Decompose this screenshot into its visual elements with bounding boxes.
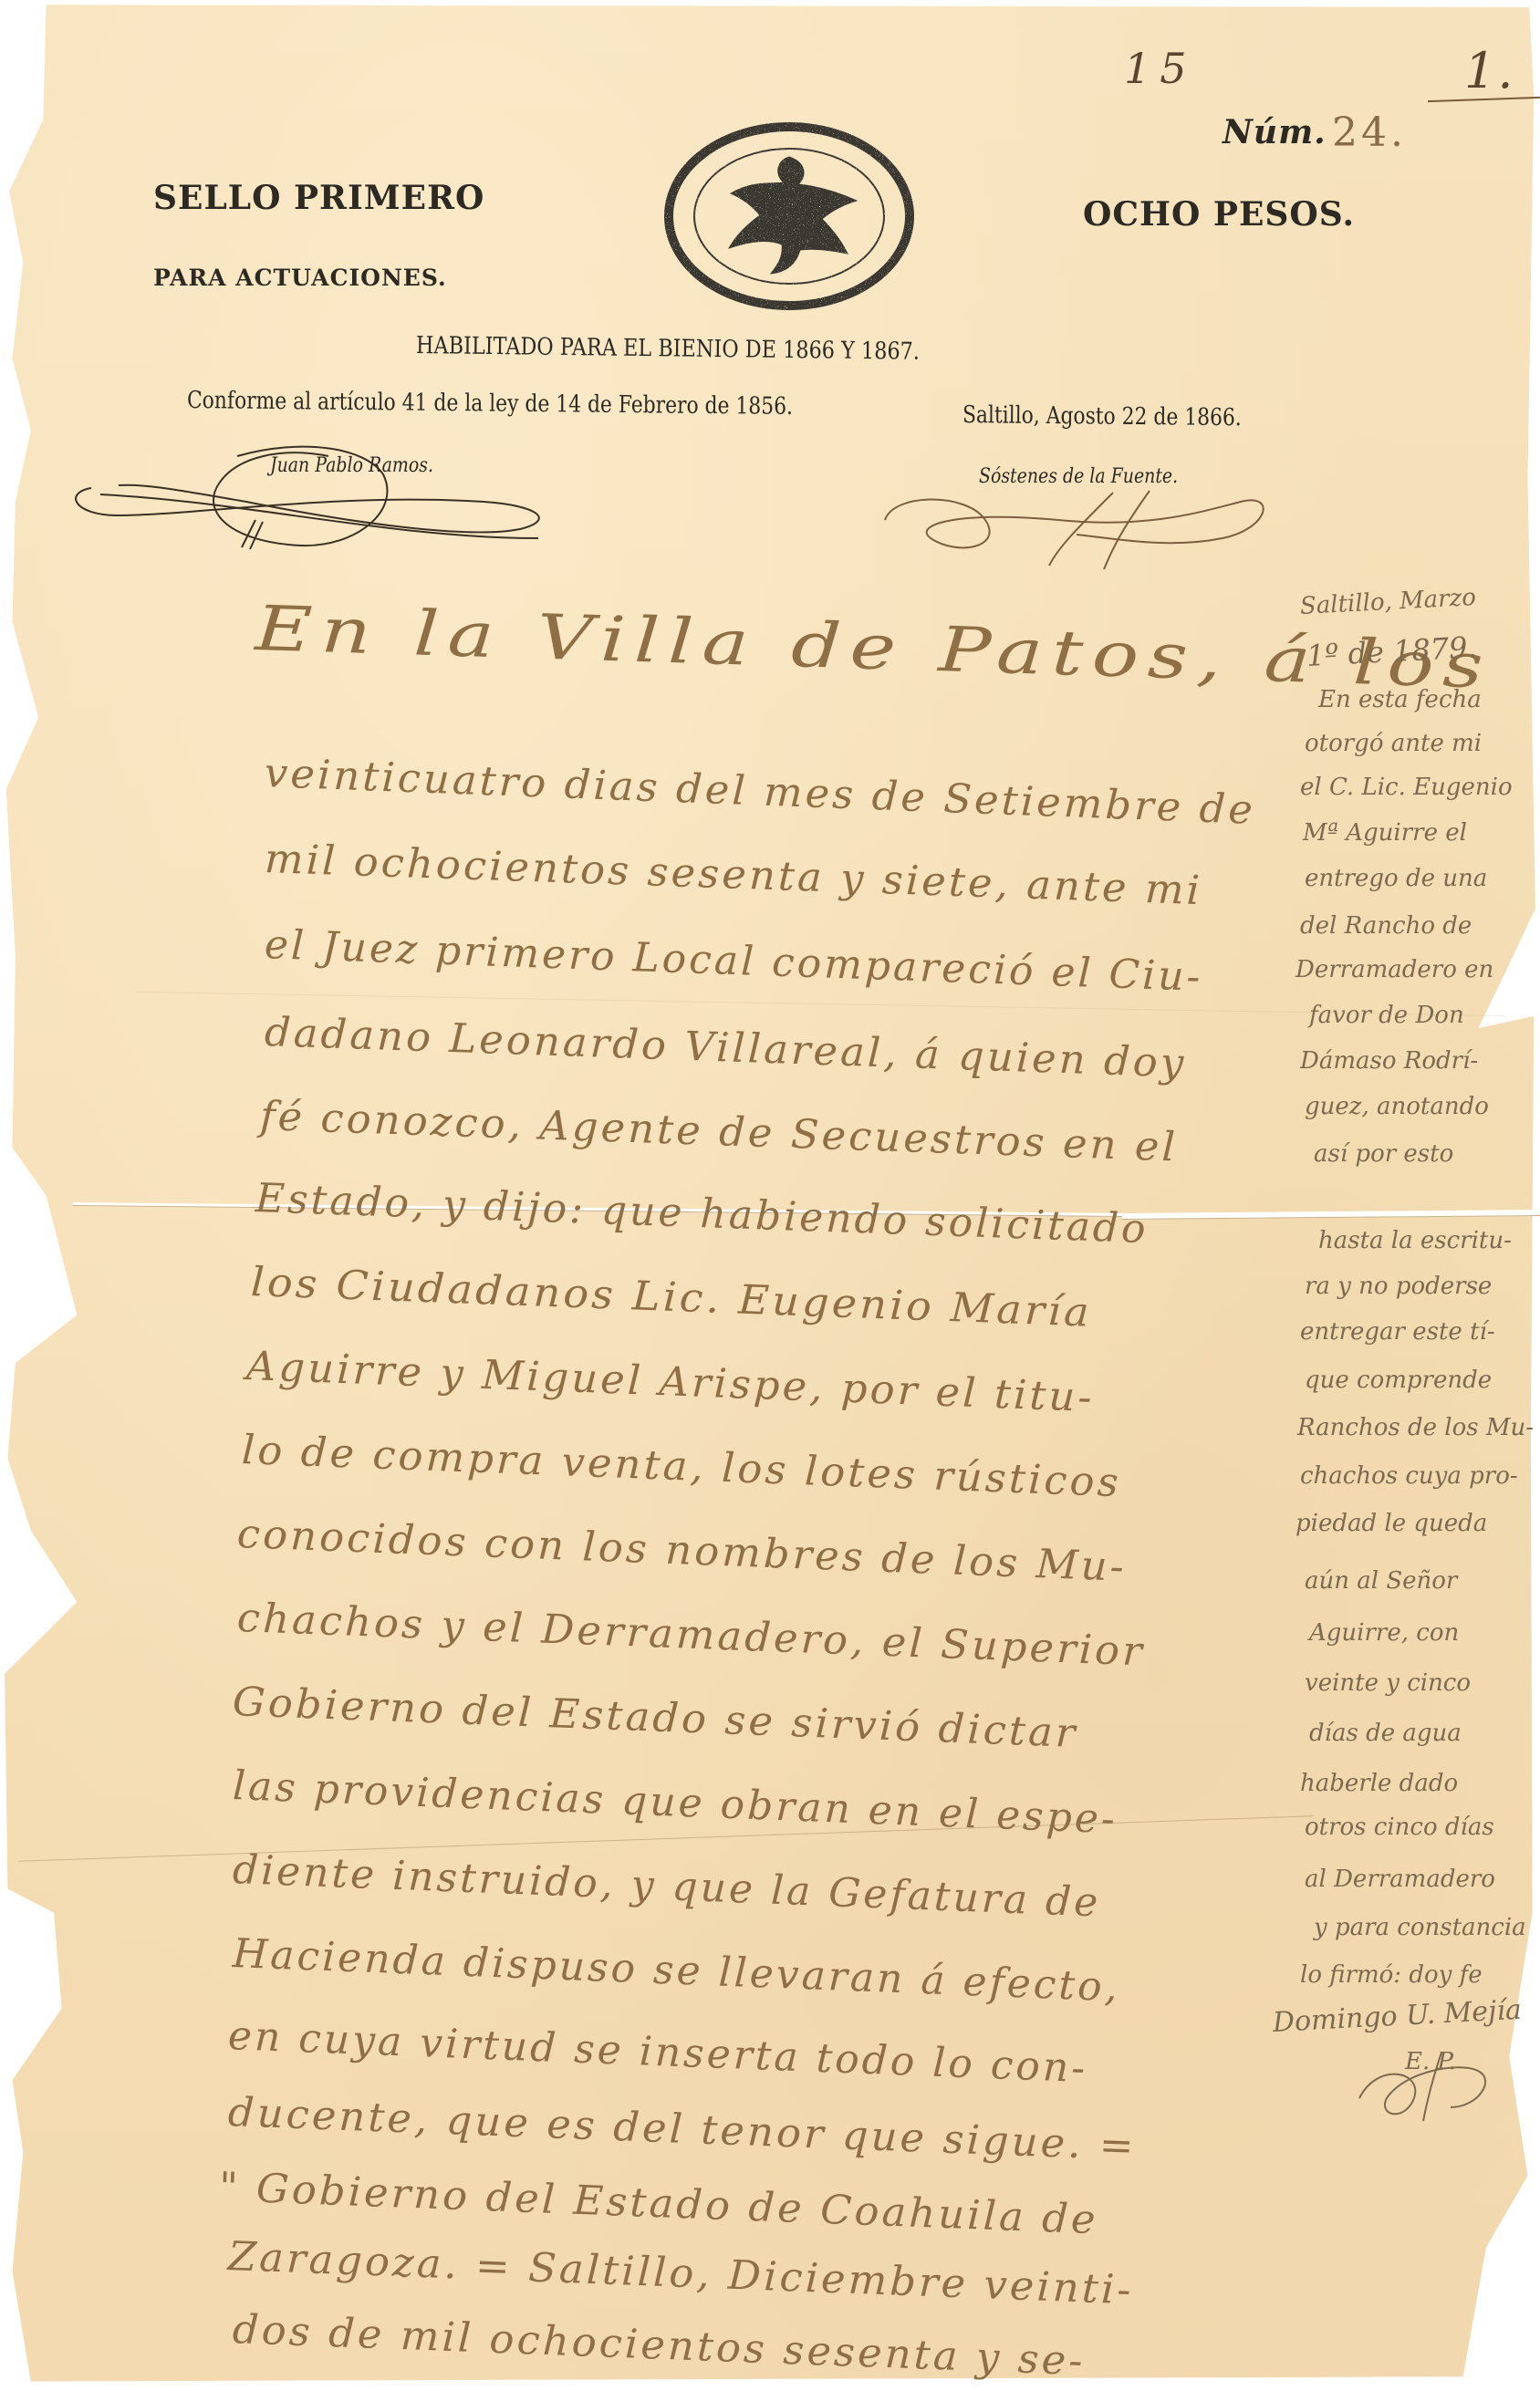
margin-line: Ranchos de los Mu- xyxy=(1297,1414,1534,1441)
margin-line: y para constancia xyxy=(1314,1914,1526,1941)
margin-line: al Derramadero xyxy=(1305,1866,1495,1893)
folio-number: 15 xyxy=(1124,44,1196,93)
margin-line: veinte y cinco xyxy=(1305,1669,1471,1697)
signature-flourish-right xyxy=(876,474,1295,575)
margin-line: Dámaso Rodrí- xyxy=(1300,1047,1478,1075)
margin-line: guez, anotando xyxy=(1305,1093,1489,1120)
margin-line: así por esto xyxy=(1314,1140,1453,1168)
margin-signature-flourish xyxy=(1341,2043,1524,2126)
margin-line: que comprende xyxy=(1305,1367,1492,1394)
margin-line: entrego de una xyxy=(1305,865,1487,892)
margin-line: piedad le queda xyxy=(1295,1510,1487,1537)
signature-flourish-left xyxy=(64,438,611,556)
stamp-value: OCHO PESOS. xyxy=(1083,195,1355,234)
margin-line: Mª Aguirre el xyxy=(1303,819,1467,847)
margin-line: otorgó ante mi xyxy=(1305,730,1482,757)
margin-line: lo firmó: doy fe xyxy=(1300,1961,1483,1989)
margin-line: En esta fecha xyxy=(1318,686,1482,713)
stamp-subtitle: PARA ACTUACIONES. xyxy=(153,265,447,291)
num-value: 24. xyxy=(1332,109,1407,156)
margin-line: otros cinco días xyxy=(1305,1814,1494,1841)
margin-line: favor de Don xyxy=(1309,1002,1464,1029)
margin-line: Derramadero en xyxy=(1295,956,1493,983)
margin-line: aún al Señor xyxy=(1305,1567,1457,1595)
margin-line: ra y no poderse xyxy=(1305,1273,1492,1300)
eagle-seal-icon xyxy=(661,120,917,312)
margin-line: chachos cuya pro- xyxy=(1300,1462,1518,1490)
place-date-line: Saltillo, Agosto 22 de 1866. xyxy=(962,401,1242,431)
stamp-title: SELLO PRIMERO xyxy=(153,179,484,217)
margin-line: del Rancho de xyxy=(1300,912,1472,940)
margin-line: el C. Lic. Eugenio xyxy=(1300,774,1513,801)
margin-line: haberle dado xyxy=(1300,1770,1458,1797)
page-number: 1. xyxy=(1464,42,1515,99)
margin-line: entregar este tí- xyxy=(1300,1318,1495,1346)
margin-line: hasta la escritu- xyxy=(1318,1227,1512,1254)
num-label: Núm. xyxy=(1223,113,1327,151)
margin-line: días de agua xyxy=(1309,1720,1462,1747)
margin-line: Aguirre, con xyxy=(1309,1619,1459,1647)
